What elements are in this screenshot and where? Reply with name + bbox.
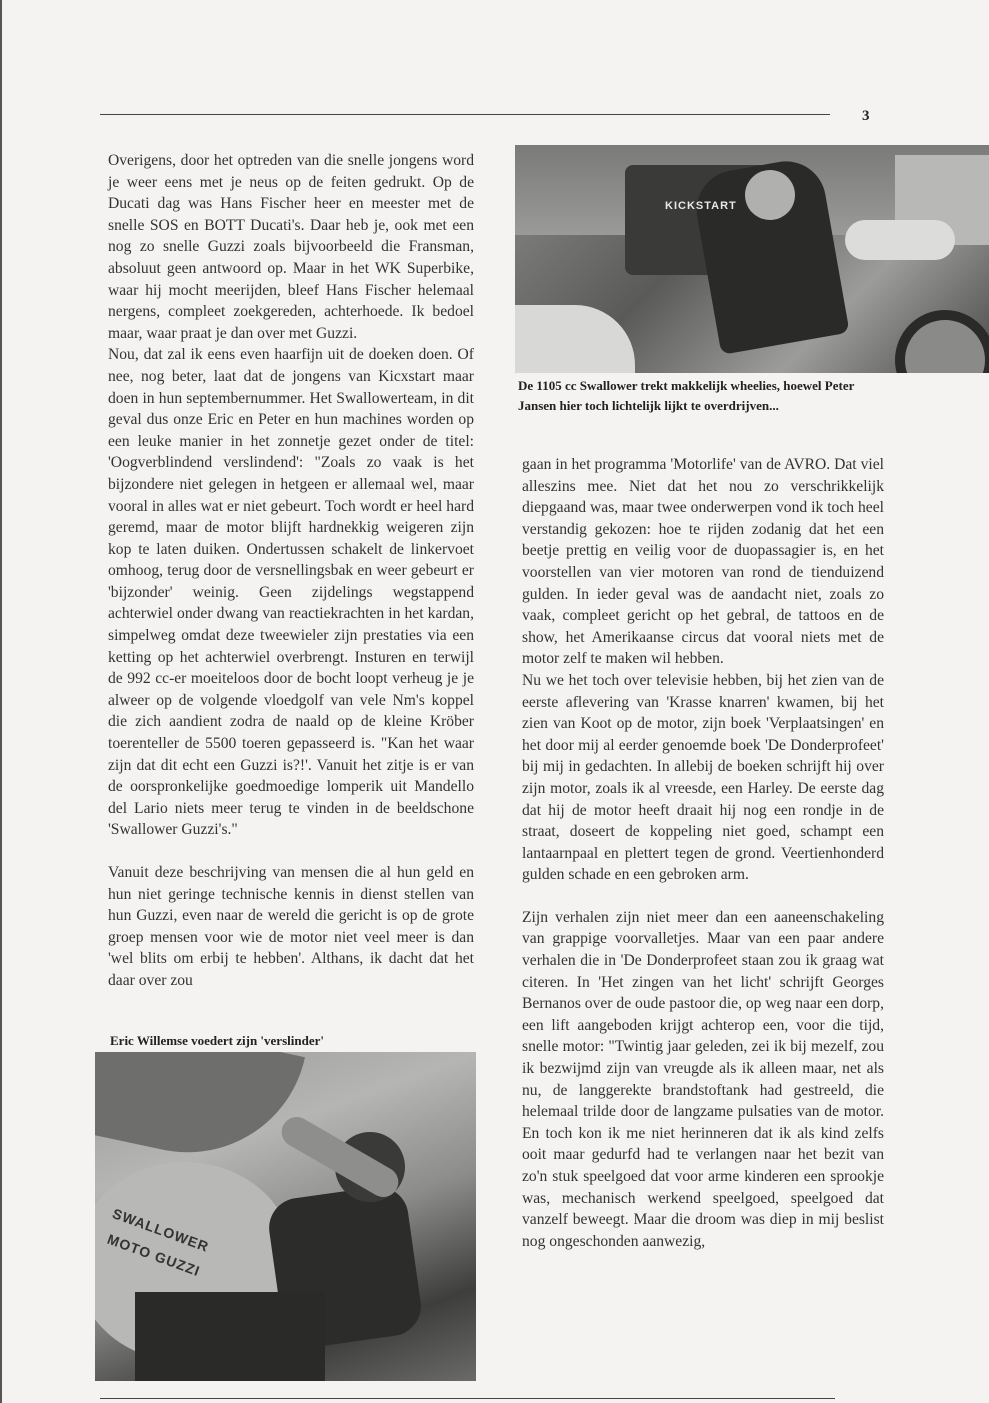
paragraph: Vanuit deze beschrijving van mensen die … — [108, 862, 474, 992]
caption-fueling: Eric Willemse voedert zijn 'verslinder' — [110, 1031, 450, 1051]
left-column: Overigens, door het optreden van die sne… — [108, 150, 474, 992]
page-number: 3 — [862, 108, 870, 125]
photo-text-kickstart: KICKSTART — [665, 200, 737, 212]
header-rule — [100, 114, 830, 115]
photo-fueling: SWALLOWER MOTO GUZZI — [95, 1052, 476, 1381]
paragraph: Zijn verhalen zijn niet meer dan een aan… — [522, 907, 884, 1253]
paragraph: Overigens, door het optreden van die sne… — [108, 150, 474, 344]
right-column: gaan in het programma 'Motorlife' van de… — [522, 454, 884, 1252]
paragraph: gaan in het programma 'Motorlife' van de… — [522, 454, 884, 670]
bottom-rule — [100, 1398, 835, 1399]
paragraph: Nu we het toch over televisie hebben, bi… — [522, 670, 884, 886]
paragraph: Nou, dat zal ik eens even haarfijn uit d… — [108, 344, 474, 841]
photo-wheelie: KICKSTART — [515, 145, 989, 373]
page-edge — [0, 0, 2, 1403]
caption-wheelie: De 1105 cc Swallower trekt makkelijk whe… — [518, 376, 878, 416]
